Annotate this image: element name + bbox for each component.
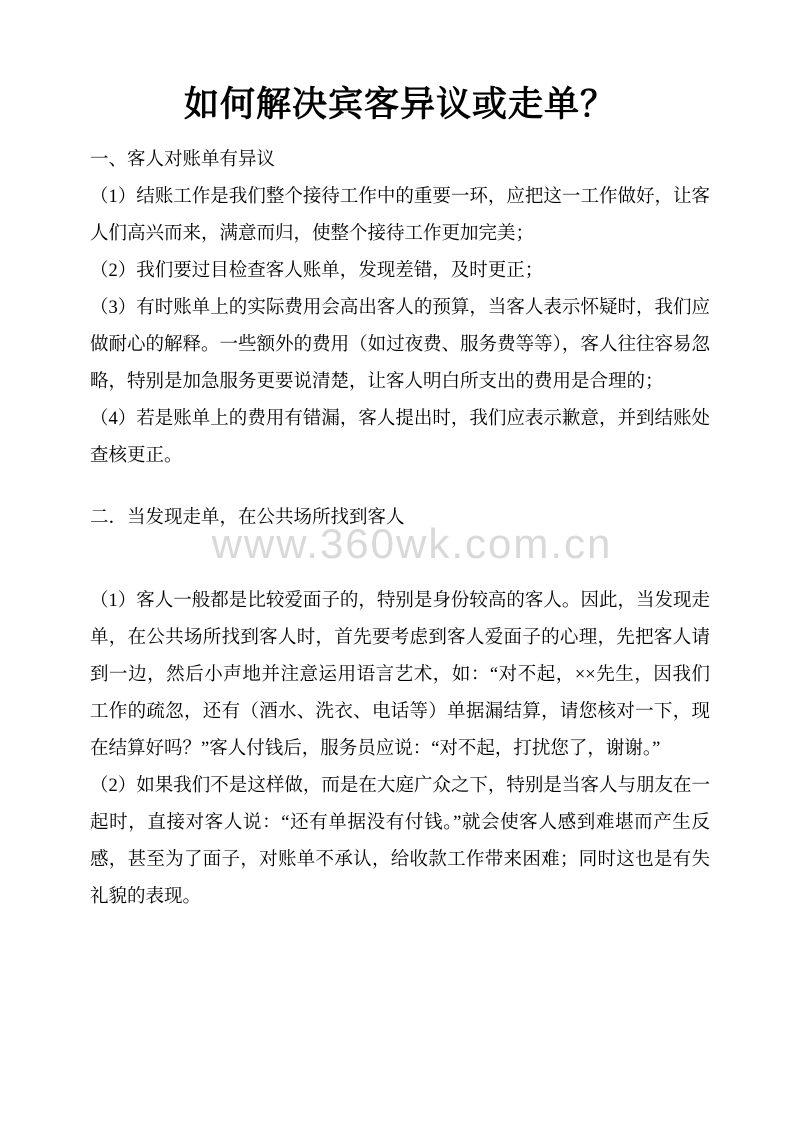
section-1-paragraph-2: （2）我们要过目检查客人账单，发现差错，及时更正； xyxy=(90,253,710,290)
section-1: 一、客人对账单有异议 （1）结账工作是我们整个接待工作中的重要一环，应把这一工作… xyxy=(90,142,710,475)
section-1-heading: 一、客人对账单有异议 xyxy=(90,142,710,179)
section-1-paragraph-3: （3）有时账单上的实际费用会高出客人的预算，当客人表示怀疑时，我们应做耐心的解释… xyxy=(90,290,710,401)
document-page: www.360wk.com.cn 如何解决宾客异议或走单？ 一、客人对账单有异议… xyxy=(0,0,800,1130)
section-2-body: （1）客人一般都是比较爱面子的，特别是身份较高的客人。因此，当发现走单，在公共场… xyxy=(90,583,710,916)
document-title: 如何解决宾客异议或走单？ xyxy=(90,84,710,126)
section-2-heading: 二．当发现走单，在公共场所找到客人 xyxy=(90,500,710,537)
section-1-paragraph-4: （4）若是账单上的费用有错漏，客人提出时，我们应表示歉意，并到结账处查核更正。 xyxy=(90,401,710,475)
section-2: 二．当发现走单，在公共场所找到客人 （1）客人一般都是比较爱面子的，特别是身份较… xyxy=(90,500,710,916)
document-content: 如何解决宾客异议或走单？ 一、客人对账单有异议 （1）结账工作是我们整个接待工作… xyxy=(0,0,800,916)
section-2-paragraph-2: （2）如果我们不是这样做，而是在大庭广众之下，特别是当客人与朋友在一起时，直接对… xyxy=(90,768,710,916)
section-1-paragraph-1: （1）结账工作是我们整个接待工作中的重要一环，应把这一工作做好，让客人们高兴而来… xyxy=(90,179,710,253)
section-2-paragraph-1: （1）客人一般都是比较爱面子的，特别是身份较高的客人。因此，当发现走单，在公共场… xyxy=(90,583,710,768)
